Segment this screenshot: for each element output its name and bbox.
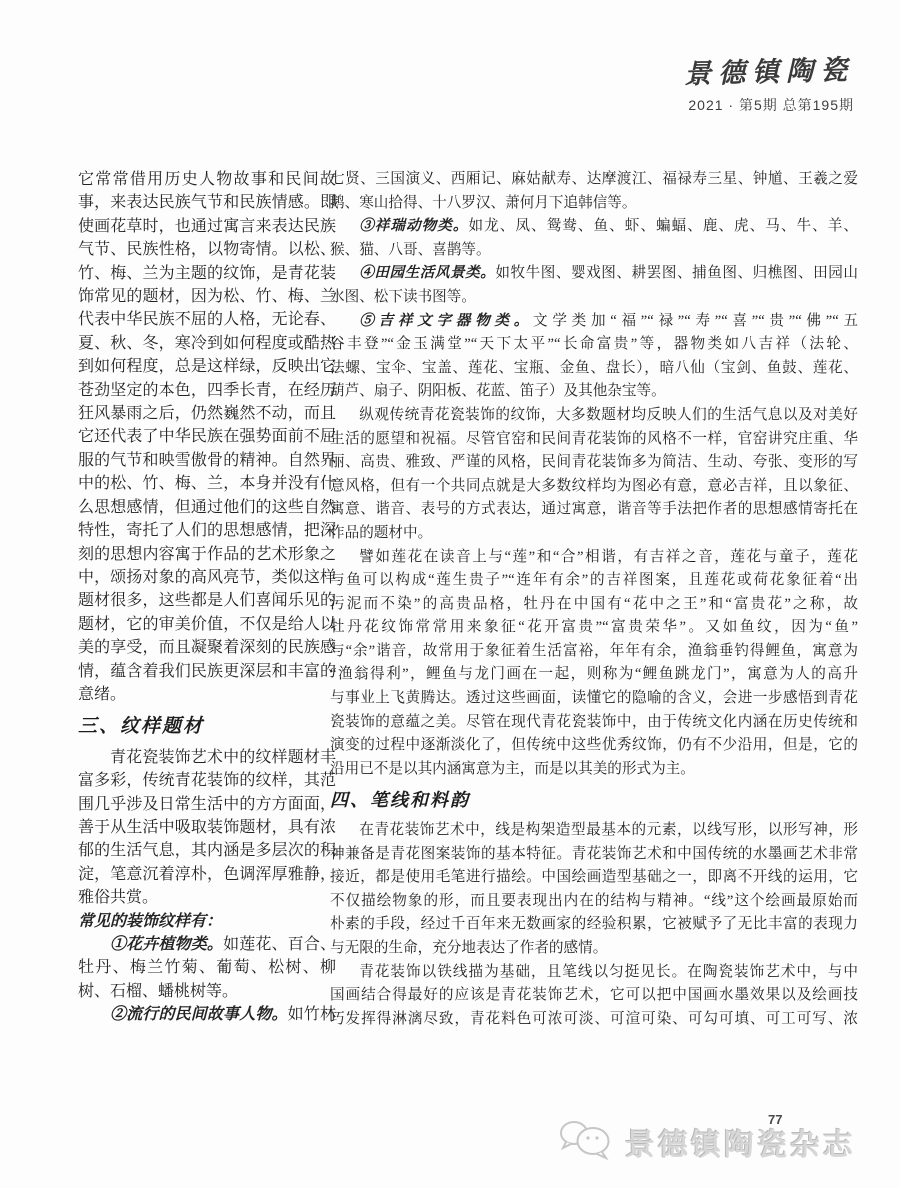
text-line: 法螺、宝伞、宝盖、莲花、宝瓶、金鱼、盘长），暗八仙（宝剑、鱼鼓、莲花、 — [330, 357, 858, 381]
page-footer: 景德镇陶瓷杂志 — [557, 1117, 856, 1166]
body-text: 代表中华民族不屈的人格，无论春、 — [78, 311, 336, 328]
text-line: 郁的生活气息，其内涵是多层次的积 — [78, 839, 336, 862]
body-text: 瓷装饰的意蕴之美。尽管在现代青花瓷装饰中，由于传统文化内涵在历史传统和 — [330, 714, 858, 730]
body-text: 丽、高贵、雅致、严谨的风格，民间青花装饰多为简洁、生动、夸张、变形的写 — [330, 454, 858, 470]
body-text: 郁的生活气息，其内涵是多层次的积 — [78, 842, 336, 859]
text-line: 不仅描绘物象的形，而且要表现出内在的结构与精神。“线”这个绘画最原始而 — [330, 890, 858, 914]
body-text: 朴素的手段，经过千百年来无数画家的经验积累，它被赋予了无比丰富的表现力 — [330, 916, 858, 932]
text-line: 污泥而不染”的高贵品格，牡丹在中国有“花中之王”和“富贵花”之称，故 — [330, 593, 858, 617]
footer-watermark: 景德镇陶瓷杂志 — [625, 1120, 856, 1164]
text-line: 作品的题材中。 — [330, 522, 858, 546]
text-line: 接近，都是使用毛笔进行描绘。中国绘画造型基础之一，即离不开线的运用，它 — [330, 866, 858, 890]
text-line: 水图、松下读书图等。 — [330, 286, 858, 310]
body-text: 雅俗共赏。 — [78, 889, 158, 906]
text-line: 神兼备是青花图案装饰的基本特征。青花装饰艺术和中国传统的水墨画艺术非常 — [330, 843, 858, 867]
body-text: 接近，都是使用毛笔进行描绘。中国绘画造型基础之一，即离不开线的运用，它 — [330, 869, 858, 885]
text-line: ④田园生活风景类。如牧牛图、婴戏图、耕罢图、捕鱼图、归樵图、田园山 — [330, 262, 858, 286]
body-text: 与事业上飞黄腾达。透过这些画面，读懂它的隐喻的含义，会进一步感悟到青花 — [330, 690, 858, 706]
body-text: 在青花装饰艺术中，线是构架造型最基本的元素，以线写形，以形写神，形 — [359, 822, 858, 838]
emphasized-text: ③祥瑞动物类。 — [359, 218, 468, 234]
body-text: 寓意、谐音、表号的方式表达，通过寓意，谐音等手法把作者的思想感情寄托在 — [330, 501, 858, 517]
body-text: “渔翁得利”，鲤鱼与龙门画在一起，则称为“鲤鱼跳龙门”，寓意为人的高升 — [330, 666, 858, 682]
body-text: 作品的题材中。 — [330, 525, 432, 541]
body-text: 题材，它的审美价值，不仅是给人以 — [78, 616, 336, 633]
text-line: 纵观传统青花瓷装饰的纹饰，大多数题材均反映人们的生活气息以及对美好 — [330, 404, 858, 428]
text-line: 七贤、三国演义、西厢记、麻姑献寿、达摩渡江、福禄寿三星、钟馗、王羲之爱 — [330, 168, 858, 192]
text-line: 生活的愿望和祝福。尽管官窑和民间青花装饰的风格不一样，官窑讲究庄重、华 — [330, 428, 858, 452]
text-line: 情，蕴含着我们民族更深层和丰富的 — [78, 660, 336, 683]
body-text: 意风格，但有一个共同点就是大多数纹样均为图必有意，意必吉祥，且以象征、 — [330, 478, 858, 494]
journal-logo-calligraphy: 景德镇陶瓷 — [684, 48, 855, 91]
journal-page: 景德镇陶瓷 2021 · 第5期 总第195期 它常常借用历史人物故事和民间故事… — [0, 0, 900, 1188]
text-line: 么思想感情，但通过他们的这些自然 — [78, 496, 336, 519]
text-line: 题材，它的审美价值，不仅是给人以 — [78, 613, 336, 636]
text-line: 气节、民族性格，以物寄情。以松、 — [78, 238, 336, 261]
text-line: 事，来表达民族气节和民族情感。即 — [78, 191, 336, 214]
body-text: 围几乎涉及日常生活中的方方面面， — [78, 796, 336, 813]
text-line: 青花装饰以铁线描为基础，且笔线以匀挺见长。在陶瓷装饰艺术中，与中 — [330, 961, 858, 985]
body-text: 神兼备是青花图案装饰的基本特征。青花装饰艺术和中国传统的水墨画艺术非常 — [330, 846, 858, 862]
body-text: 如牧牛图、婴戏图、耕罢图、捕鱼图、归樵图、田园山 — [495, 265, 858, 281]
text-line: 服的气节和映雪傲骨的精神。自然界 — [78, 449, 336, 472]
body-text: 牡丹花纹饰常常用来象征“花开富贵”“富贵荣华”。又如鱼纹，因为“鱼” — [330, 619, 858, 635]
text-line: 狂风暴雨之后，仍然巍然不动，而且 — [78, 402, 336, 425]
text-line: 猴、猫、八哥、喜鹊等。 — [330, 239, 858, 263]
text-line: 特性，寄托了人们的思想感情，把深 — [78, 519, 336, 542]
text-line: 与事业上飞黄腾达。透过这些画面，读懂它的隐喻的含义，会进一步感悟到青花 — [330, 687, 858, 711]
body-text: 树、石榴、蟠桃树等。 — [78, 983, 238, 1000]
body-text: 刻的思想内容寓于作品的艺术形象之 — [78, 546, 336, 563]
body-text: 使画花草时，也通过寓言来表达民族 — [78, 218, 336, 235]
emphasized-text: ②流行的民间故事人物。 — [110, 1006, 288, 1023]
text-line: 谷丰登”“金玉满堂”“天下太平”“长命富贵”等，器物类如八吉祥（法轮、 — [330, 333, 858, 357]
body-text: 譬如莲花在读音上与“莲”和“合”相谐，有吉祥之音，莲花与童子，莲花 — [359, 549, 858, 565]
body-text: 污泥而不染”的高贵品格，牡丹在中国有“花中之王”和“富贵花”之称，故 — [330, 596, 858, 612]
body-text: 如莲花、百合、 — [223, 936, 336, 953]
body-text: 它还代表了中华民族在强势面前不屈 — [78, 428, 336, 445]
body-text: 题材很多，这些都是人们喜闻乐见的 — [78, 592, 336, 609]
emphasized-text: 四、笔线和料韵 — [330, 790, 470, 810]
body-text: 夏、秋、冬，寒冷到如何程度或酷热 — [78, 335, 336, 352]
text-line: 青花瓷装饰艺术中的纹样题材丰 — [78, 746, 336, 769]
text-line: 中，颂扬对象的高风亮节，类似这样 — [78, 566, 336, 589]
body-text: 到如何程度，总是这样绿，反映出它 — [78, 358, 336, 375]
page-header: 景德镇陶瓷 2021 · 第5期 总第195期 — [684, 50, 854, 115]
body-text: 法螺、宝伞、宝盖、莲花、宝瓶、金鱼、盘长），暗八仙（宝剑、鱼鼓、莲花、 — [330, 360, 858, 376]
body-text: 苍劲坚定的本色，四季长青，在经历 — [78, 382, 336, 399]
text-line: 与“余”谐音，故常用于象征着生活富裕，年年有余，渔翁垂钓得鲤鱼，寓意为 — [330, 640, 858, 664]
body-text: 如龙、凤、鸳鸯、鱼、虾、蝙蝠、鹿、虎、马、牛、羊、 — [469, 218, 858, 234]
text-line: 代表中华民族不屈的人格，无论春、 — [78, 308, 336, 331]
text-line: 巧发挥得淋漓尽致，青花料色可浓可淡、可渲可染、可勾可填、可工可写、浓 — [330, 1008, 858, 1032]
text-line: 瓷装饰的意蕴之美。尽管在现代青花瓷装饰中，由于传统文化内涵在历史传统和 — [330, 711, 858, 735]
body-text: 饰常见的题材，因为松、竹、梅、兰 — [78, 288, 336, 305]
text-line: 苍劲坚定的本色，四季长青，在经历 — [78, 379, 336, 402]
body-text: 与“余”谐音，故常用于象征着生活富裕，年年有余，渔翁垂钓得鲤鱼，寓意为 — [330, 643, 858, 659]
text-line: 譬如莲花在读音上与“莲”和“合”相谐，有吉祥之音，莲花与童子，莲花 — [330, 546, 858, 570]
right-column: 七贤、三国演义、西厢记、麻姑献寿、达摩渡江、福禄寿三星、钟馗、王羲之爱鹅、寒山拾… — [330, 168, 858, 1031]
body-text: 不仅描绘物象的形，而且要表现出内在的结构与精神。“线”这个绘画最原始而 — [330, 893, 858, 909]
body-text: 谷丰登”“金玉满堂”“天下太平”“长命富贵”等，器物类如八吉祥（法轮、 — [330, 336, 858, 352]
body-text: 事，来表达民族气节和民族情感。即 — [78, 194, 336, 211]
text-line: 朴素的手段，经过千百年来无数画家的经验积累，它被赋予了无比丰富的表现力 — [330, 913, 858, 937]
text-line: 淀，笔意沉着淳朴，色调浑厚雅静， — [78, 863, 336, 886]
text-line: 国画结合得最好的应该是青花装饰艺术，它可以把中国画水墨效果以及绘画技 — [330, 984, 858, 1008]
body-text: 它常常借用历史人物故事和民间故 — [78, 171, 336, 188]
body-text: 水图、松下读书图等。 — [330, 289, 476, 305]
body-text: 服的气节和映雪傲骨的精神。自然界 — [78, 452, 336, 469]
text-line: ②流行的民间故事人物。如竹林 — [78, 1003, 336, 1026]
body-text: 特性，寄托了人们的思想感情，把深 — [78, 522, 336, 539]
body-text: 青花装饰以铁线描为基础，且笔线以匀挺见长。在陶瓷装饰艺术中，与中 — [359, 964, 858, 980]
body-text: 与无限的生命，充分地表达了作者的感情。 — [330, 940, 607, 956]
text-line: 树、石榴、蟠桃树等。 — [78, 980, 336, 1003]
section-heading: 四、笔线和料韵 — [330, 789, 858, 813]
body-text: 狂风暴雨之后，仍然巍然不动，而且 — [78, 405, 336, 422]
body-text: 情，蕴含着我们民族更深层和丰富的 — [78, 663, 336, 680]
body-text: 美的享受，而且凝聚着深刻的民族感 — [78, 639, 336, 656]
body-text: 与鱼可以构成“莲生贵子”“连年有余”的吉祥图案，且莲花或荷花象征着“出 — [330, 572, 858, 588]
text-line: 夏、秋、冬，寒冷到如何程度或酷热 — [78, 332, 336, 355]
body-text: 青花瓷装饰艺术中的纹样题材丰 — [110, 749, 336, 766]
body-text: 猴、猫、八哥、喜鹊等。 — [330, 242, 491, 258]
wechat-icon — [557, 1117, 615, 1166]
body-text: 气节、民族性格，以物寄情。以松、 — [78, 241, 336, 258]
emphasized-text: 三、纹样题材 — [78, 716, 204, 737]
text-line: 与无限的生命，充分地表达了作者的感情。 — [330, 937, 858, 961]
left-column: 它常常借用历史人物故事和民间故事，来表达民族气节和民族情感。即使画花草时，也通过… — [78, 168, 336, 1027]
body-text: 富多彩，传统青花装饰的纹样，其范 — [78, 772, 336, 789]
text-line: 在青花装饰艺术中，线是构架造型最基本的元素，以线写形，以形写神，形 — [330, 819, 858, 843]
text-line: 寓意、谐音、表号的方式表达，通过寓意，谐音等手法把作者的思想感情寄托在 — [330, 498, 858, 522]
text-line: 中的松、竹、梅、兰，本身并没有什 — [78, 472, 336, 495]
body-text: 生活的愿望和祝福。尽管官窑和民间青花装饰的风格不一样，官窑讲究庄重、华 — [330, 431, 858, 447]
emphasized-text: ①花卉植物类。 — [110, 936, 223, 953]
text-line: 富多彩，传统青花装饰的纹样，其范 — [78, 769, 336, 792]
text-line: 意风格，但有一个共同点就是大多数纹样均为图必有意，意必吉祥，且以象征、 — [330, 475, 858, 499]
text-line: 常见的装饰纹样有： — [78, 910, 336, 933]
text-line: ③祥瑞动物类。如龙、凤、鸳鸯、鱼、虾、蝙蝠、鹿、虎、马、牛、羊、 — [330, 215, 858, 239]
emphasized-text: ⑤吉祥文字器物类。 — [359, 313, 533, 329]
body-text: 牡丹、梅兰竹菊、葡萄、松树、柳 — [78, 959, 336, 976]
text-line: ①花卉植物类。如莲花、百合、 — [78, 933, 336, 956]
text-line: 鹅、寒山拾得、十八罗汉、萧何月下追韩信等。 — [330, 192, 858, 216]
body-text: 国画结合得最好的应该是青花装饰艺术，它可以把中国画水墨效果以及绘画技 — [330, 987, 858, 1003]
text-line: 演变的过程中逐渐淡化了，但传统中这些优秀纹饰，仍有不少沿用，但是，它的 — [330, 734, 858, 758]
body-text: 意绪。 — [78, 686, 126, 703]
text-line: 饰常见的题材，因为松、竹、梅、兰 — [78, 285, 336, 308]
body-text: 善于从生活中吸取装饰题材，具有浓 — [78, 819, 336, 836]
text-line: 牡丹花纹饰常常用来象征“花开富贵”“富贵荣华”。又如鱼纹，因为“鱼” — [330, 616, 858, 640]
body-text: 淀，笔意沉着淳朴，色调浑厚雅静， — [78, 866, 336, 883]
text-line: 它常常借用历史人物故事和民间故 — [78, 168, 336, 191]
text-line: 丽、高贵、雅致、严谨的风格，民间青花装饰多为简洁、生动、夸张、变形的写 — [330, 451, 858, 475]
body-text: 演变的过程中逐渐淡化了，但传统中这些优秀纹饰，仍有不少沿用，但是，它的 — [330, 737, 858, 753]
text-line: 意绪。 — [78, 683, 336, 706]
body-text: 七贤、三国演义、西厢记、麻姑献寿、达摩渡江、福禄寿三星、钟馗、王羲之爱 — [330, 171, 858, 187]
text-line: 牡丹、梅兰竹菊、葡萄、松树、柳 — [78, 956, 336, 979]
emphasized-text: 常见的装饰纹样有： — [78, 913, 222, 930]
body-text: 么思想感情，但通过他们的这些自然 — [78, 499, 336, 516]
body-text: 如竹林 — [288, 1006, 336, 1023]
body-text: 竹、梅、兰为主题的纹饰，是青花装 — [78, 265, 336, 282]
text-line: 美的享受，而且凝聚着深刻的民族感 — [78, 636, 336, 659]
text-line: ⑤吉祥文字器物类。文学类加“福”“禄”“寿”“喜”“贵”“佛”“五 — [330, 310, 858, 334]
text-line: 葫芦、扇子、阴阳板、花蓝、笛子）及其他杂宝等。 — [330, 380, 858, 404]
issue-line: 2021 · 第5期 总第195期 — [684, 95, 854, 115]
text-line: 它还代表了中华民族在强势面前不屈 — [78, 425, 336, 448]
text-line: 到如何程度，总是这样绿，反映出它 — [78, 355, 336, 378]
text-line: 竹、梅、兰为主题的纹饰，是青花装 — [78, 262, 336, 285]
text-line: 善于从生活中吸取装饰题材，具有浓 — [78, 816, 336, 839]
body-text: 中，颂扬对象的高风亮节，类似这样 — [78, 569, 336, 586]
section-heading: 三、纹样题材 — [78, 715, 336, 738]
text-line: 与鱼可以构成“莲生贵子”“连年有余”的吉祥图案，且莲花或荷花象征着“出 — [330, 569, 858, 593]
text-line: 围几乎涉及日常生活中的方方面面， — [78, 793, 336, 816]
body-text: 巧发挥得淋漓尽致，青花料色可浓可淡、可渲可染、可勾可填、可工可写、浓 — [330, 1011, 858, 1027]
text-line: 沿用已不是以其内涵寓意为主，而是以其美的形式为主。 — [330, 758, 858, 782]
text-line: “渔翁得利”，鲤鱼与龙门画在一起，则称为“鲤鱼跳龙门”，寓意为人的高升 — [330, 663, 858, 687]
body-text: 文学类加“福”“禄”“寿”“喜”“贵”“佛”“五 — [533, 313, 858, 329]
body-text: 葫芦、扇子、阴阳板、花蓝、笛子）及其他杂宝等。 — [330, 383, 666, 399]
emphasized-text: ④田园生活风景类。 — [359, 265, 495, 281]
body-text: 中的松、竹、梅、兰，本身并没有什 — [78, 475, 336, 492]
text-line: 题材很多，这些都是人们喜闻乐见的 — [78, 589, 336, 612]
text-line: 刻的思想内容寓于作品的艺术形象之 — [78, 543, 336, 566]
body-text: 鹅、寒山拾得、十八罗汉、萧何月下追韩信等。 — [330, 195, 636, 211]
text-line: 使画花草时，也通过寓言来表达民族 — [78, 215, 336, 238]
body-text: 纵观传统青花瓷装饰的纹饰，大多数题材均反映人们的生活气息以及对美好 — [359, 407, 858, 423]
body-text: 沿用已不是以其内涵寓意为主，而是以其美的形式为主。 — [330, 761, 695, 777]
text-line: 雅俗共赏。 — [78, 886, 336, 909]
